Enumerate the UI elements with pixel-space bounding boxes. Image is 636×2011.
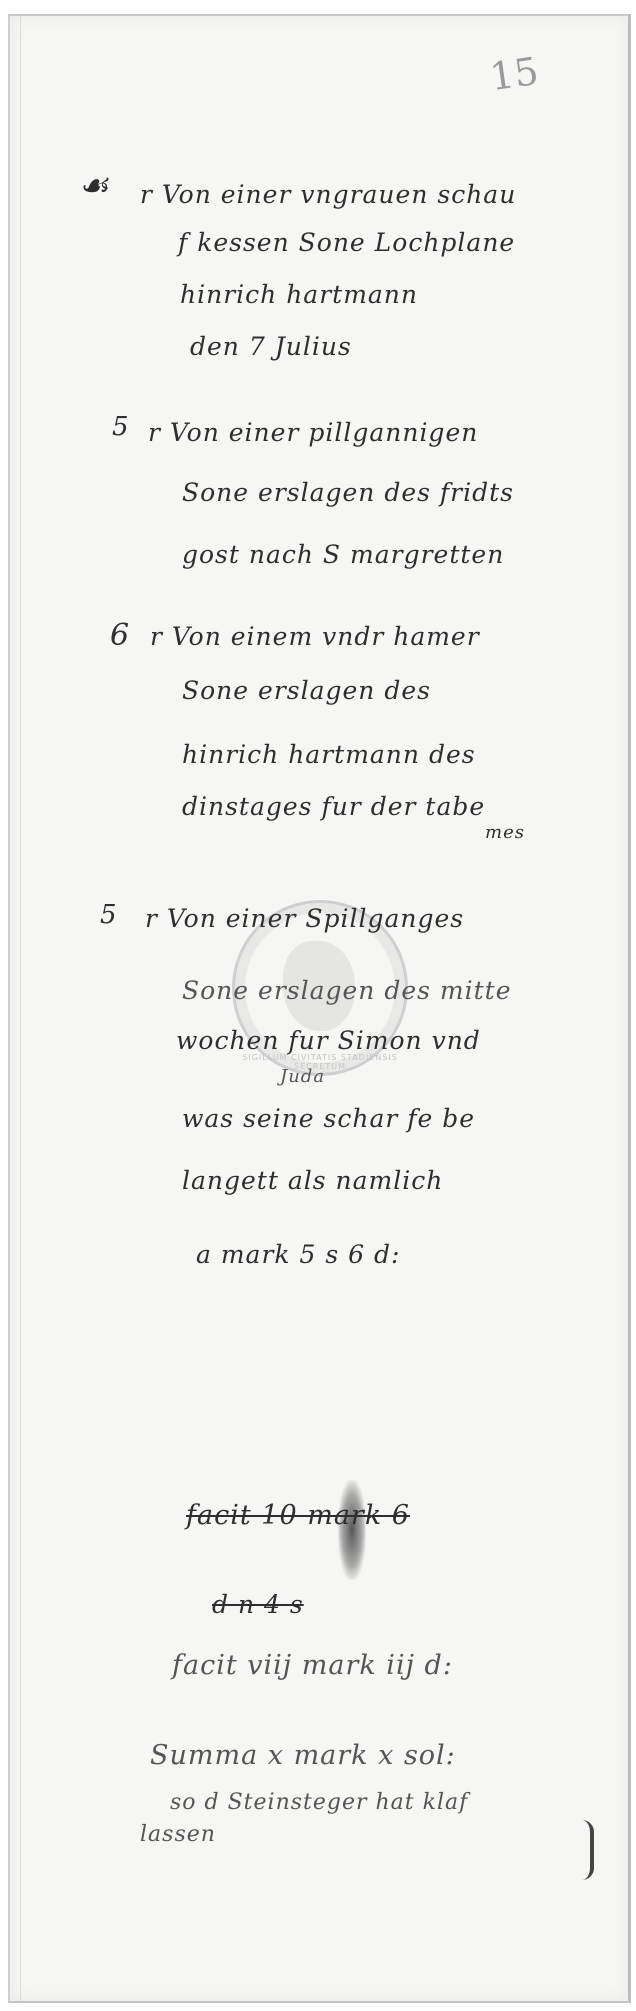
facit-total: facit viij mark iij d: — [172, 1650, 453, 1681]
entry-3-line-5: mes — [485, 822, 525, 843]
entry-4-line-5: was seine schar fe be — [182, 1104, 475, 1133]
entry-1-line-4: den 7 Julius — [190, 332, 352, 361]
entry-4-line-7: a mark 5 s 6 d: — [196, 1240, 400, 1269]
closing-note: so d Steinsteger hat klaf — [170, 1790, 468, 1815]
folio-number: 15 — [487, 49, 541, 99]
entry-1-line-2: f kessen Sone Lochplane — [178, 228, 515, 257]
entry-4-line-4: Juda — [280, 1066, 325, 1087]
margin-mark: 5 — [112, 412, 129, 442]
entry-3-line-2: Sone erslagen des — [182, 676, 431, 705]
margin-mark: 5 — [100, 900, 117, 930]
struck-total-line-2: d n 4 s — [212, 1590, 304, 1619]
entry-2-line-3: gost nach S margretten — [182, 540, 504, 569]
entry-3-line-4: dinstages fur der tabe — [182, 792, 485, 821]
entry-4-line-3: wochen fur Simon vnd — [176, 1026, 481, 1055]
entry-2-line-1: r Von einer pillgannigen — [148, 418, 478, 447]
entry-1-line-3: hinrich hartmann — [180, 280, 418, 309]
page-fold-line — [20, 16, 21, 2001]
entry-2-line-2: Sone erslagen des fridts — [182, 478, 514, 507]
closing-flourish — [578, 1820, 594, 1880]
entry-4-line-6: langett als namlich — [182, 1166, 443, 1195]
entry-4-line-1: r Von einer Spillganges — [145, 904, 464, 933]
entry-3-line-1: r Von einem vndr hamer — [150, 622, 480, 651]
summa-total: Summa x mark x sol: — [150, 1740, 456, 1771]
entry-3-line-3: hinrich hartmann des — [182, 740, 476, 769]
struck-total-line-1: facit 10 mark 6 — [186, 1500, 410, 1531]
entry-1-line-1: r Von einer vngrauen schau — [140, 180, 516, 209]
closing-note-end: lassen — [140, 1822, 216, 1847]
entry-4-line-2: Sone erslagen des mitte — [182, 976, 512, 1005]
margin-mark: ☙ — [78, 166, 108, 206]
margin-mark: 6 — [110, 618, 129, 653]
